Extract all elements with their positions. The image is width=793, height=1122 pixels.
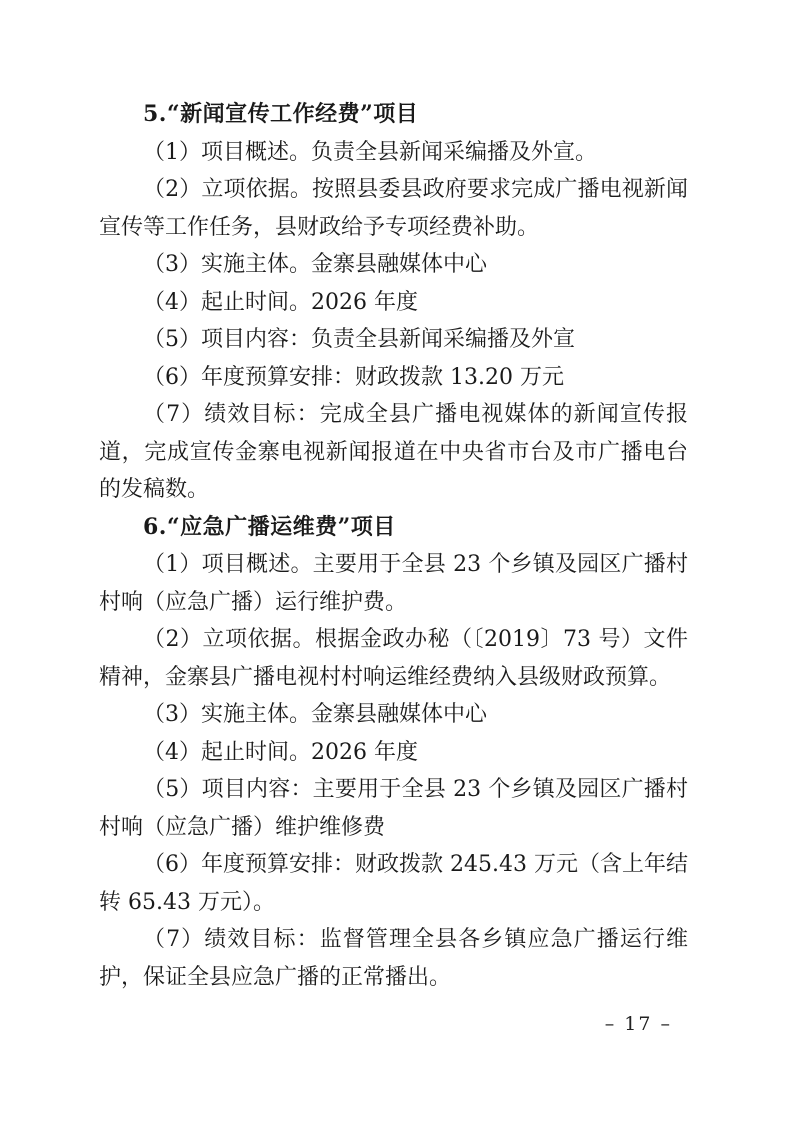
section-5-heading: 5.“新闻宣传工作经费”项目 [99,96,688,134]
section-6-item-1: （1）项目概述。主要用于全县 23 个乡镇及园区广播村村响（应急广播）运行维护费… [99,546,688,621]
section-6-item-5: （5）项目内容：主要用于全县 23 个乡镇及园区广播村村响（应急广播）维护维修费 [99,771,688,846]
section-5-item-6: （6）年度预算安排：财政拨款 13.20 万元 [99,359,688,397]
section-6-item-7: （7）绩效目标：监督管理全县各乡镇应急广播运行维护，保证全县应急广播的正常播出。 [99,921,688,996]
section-6-heading: 6.“应急广播运维费”项目 [99,509,688,547]
page-number: – 17 – [605,1012,672,1036]
document-page: 5.“新闻宣传工作经费”项目 （1）项目概述。负责全县新闻采编播及外宣。 （2）… [0,0,793,1122]
section-6-item-3: （3）实施主体。金寨县融媒体中心 [99,696,688,734]
section-5-item-2: （2）立项依据。按照县委县政府要求完成广播电视新闻宣传等工作任务，县财政给予专项… [99,171,688,246]
section-6-item-2: （2）立项依据。根据金政办秘（〔2019〕73 号）文件精神，金寨县广播电视村村… [99,621,688,696]
section-6-item-4: （4）起止时间。2026 年度 [99,734,688,772]
section-6-item-6: （6）年度预算安排：财政拨款 245.43 万元（含上年结转 65.43 万元）… [99,846,688,921]
document-body: 5.“新闻宣传工作经费”项目 （1）项目概述。负责全县新闻采编播及外宣。 （2）… [99,96,688,996]
section-5-item-5: （5）项目内容：负责全县新闻采编播及外宣 [99,321,688,359]
section-5-item-4: （4）起止时间。2026 年度 [99,284,688,322]
section-5-item-7: （7）绩效目标：完成全县广播电视媒体的新闻宣传报道，完成宣传金寨电视新闻报道在中… [99,396,688,509]
section-5-item-3: （3）实施主体。金寨县融媒体中心 [99,246,688,284]
section-5-item-1: （1）项目概述。负责全县新闻采编播及外宣。 [99,134,688,172]
